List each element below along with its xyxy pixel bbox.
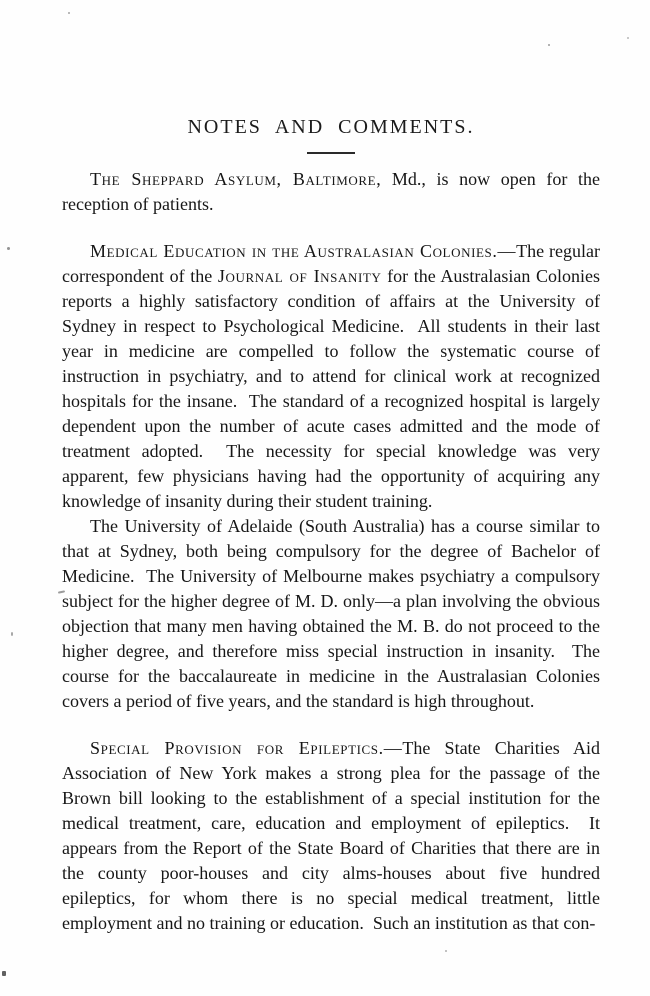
title-divider [307, 152, 355, 154]
paragraph-medical-education: Medical Education in the Australasian Co… [62, 239, 600, 514]
scan-speck [68, 12, 70, 14]
scan-speck [627, 37, 629, 39]
smallcaps-lead: Special Provision for Epileptics.— [90, 738, 402, 758]
scan-speck [445, 950, 447, 952]
smallcaps-lead: The Sheppard Asylum, Baltimore, [90, 169, 381, 189]
paragraph-adelaide: The University of Adelaide (South Austra… [62, 514, 600, 714]
paragraph-text: for the Australasian Colonies reports a … [62, 266, 600, 511]
scan-speck [2, 971, 6, 976]
scan-speck [11, 632, 13, 636]
paragraph-text: The State Charities Aid Association of N… [62, 738, 600, 933]
text-column: NOTES AND COMMENTS. The Sheppard Asylum,… [62, 116, 600, 936]
scanned-page: NOTES AND COMMENTS. The Sheppard Asylum,… [0, 0, 650, 996]
smallcaps-journal-name: Journal of Insanity [218, 266, 382, 286]
smallcaps-lead: Medical Education in the Australasian Co… [90, 241, 516, 261]
page-title: NOTES AND COMMENTS. [62, 116, 600, 139]
scan-speck [7, 247, 10, 250]
paragraph-epileptics: Special Provision for Epileptics.—The St… [62, 736, 600, 936]
paragraph-sheppard-asylum: The Sheppard Asylum, Baltimore, Md., is … [62, 167, 600, 217]
scan-speck [548, 44, 550, 46]
